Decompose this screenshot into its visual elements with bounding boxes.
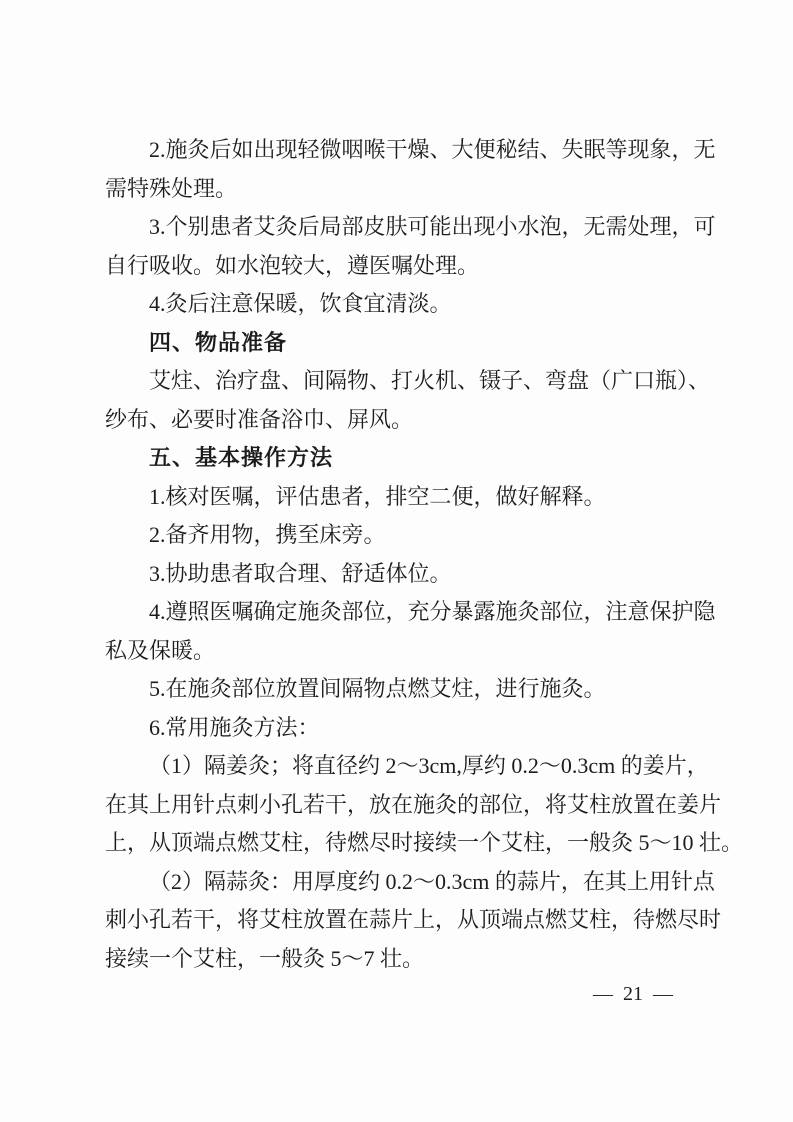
paragraph-line: 4.遵照医嘱确定施灸部位，充分暴露施灸部位，注意保护隐 <box>105 593 711 632</box>
document-body: 2.施灸后如出现轻微咽喉干燥、大便秘结、失眠等现象，无 需特殊处理。 3.个别患… <box>105 131 711 978</box>
paragraph-line: 接续一个艾柱，一般灸 5～7 壮。 <box>105 940 711 979</box>
paragraph-line: 2.施灸后如出现轻微咽喉干燥、大便秘结、失眠等现象，无 <box>105 131 711 170</box>
paragraph-line: 5.在施灸部位放置间隔物点燃艾炷，进行施灸。 <box>105 670 711 709</box>
paragraph-line: 纱布、必要时准备浴巾、屏风。 <box>105 401 711 440</box>
paragraph-line: 6.常用施灸方法： <box>105 709 711 748</box>
paragraph-line: （1）隔姜灸；将直径约 2～3cm,厚约 0.2～0.3cm 的姜片， <box>105 747 711 786</box>
page-number: 21 <box>623 983 643 1005</box>
document-page: 2.施灸后如出现轻微咽喉干燥、大便秘结、失眠等现象，无 需特殊处理。 3.个别患… <box>0 0 793 1122</box>
paragraph-line: 3.协助患者取合理、舒适体位。 <box>105 555 711 594</box>
section-heading: 五、基本操作方法 <box>105 439 711 478</box>
paragraph-line: 1.核对医嘱，评估患者，排空二便，做好解释。 <box>105 478 711 517</box>
paragraph-line: 4.灸后注意保暖，饮食宜清淡。 <box>105 285 711 324</box>
paragraph-line: 2.备齐用物，携至床旁。 <box>105 516 711 555</box>
paragraph-line: 自行吸收。如水泡较大，遵医嘱处理。 <box>105 247 711 286</box>
footer-dash-right: — <box>653 983 673 1005</box>
page-footer: —21— <box>593 980 673 1008</box>
paragraph-line: 需特殊处理。 <box>105 170 711 209</box>
paragraph-line: 在其上用针点刺小孔若干，放在施灸的部位，将艾柱放置在姜片 <box>105 786 711 825</box>
paragraph-line: 艾炷、治疗盘、间隔物、打火机、镊子、弯盘（广口瓶）、 <box>105 362 711 401</box>
paragraph-line: 3.个别患者艾灸后局部皮肤可能出现小水泡，无需处理，可 <box>105 208 711 247</box>
paragraph-line: （2）隔蒜灸：用厚度约 0.2～0.3cm 的蒜片，在其上用针点 <box>105 863 711 902</box>
paragraph-line: 刺小孔若干，将艾柱放置在蒜片上，从顶端点燃艾柱，待燃尽时 <box>105 901 711 940</box>
paragraph-line: 上，从顶端点燃艾柱，待燃尽时接续一个艾柱，一般灸 5～10 壮。 <box>105 824 711 863</box>
paragraph-line: 私及保暖。 <box>105 632 711 671</box>
section-heading: 四、物品准备 <box>105 324 711 363</box>
footer-dash-left: — <box>593 983 613 1005</box>
